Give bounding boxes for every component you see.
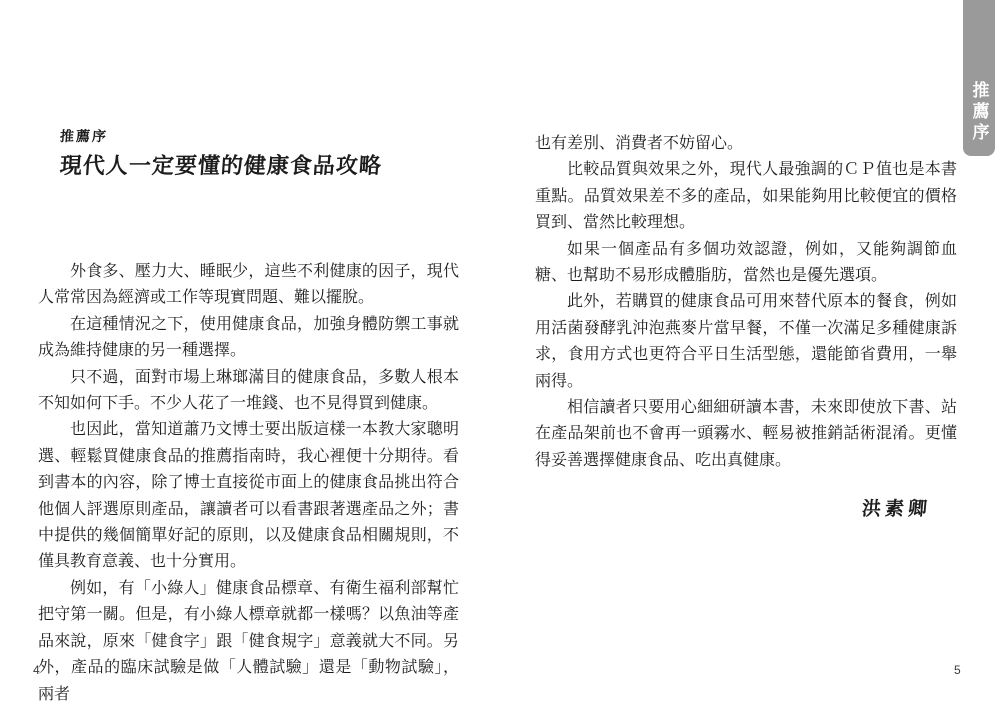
section-label: 推薦序 [59, 126, 460, 146]
body-paragraph: 比較品質與效果之外，現代人最強調的ＣＰ值也是本書重點。品質效果差不多的產品，如果… [535, 157, 957, 236]
body-paragraph: 只不過，面對市場上琳瑯滿目的健康食品，多數人根本不知如何下手。不少人花了一堆錢、… [38, 365, 459, 418]
chapter-tab: 推薦序 [963, 0, 995, 156]
book-spread: 推薦序 現代人一定要懂的健康食品攻略 外食多、壓力大、睡眠少，這些不利健康的因子… [0, 0, 1000, 709]
chapter-tab-label: 推薦序 [967, 81, 992, 144]
left-page-heading: 推薦序 現代人一定要懂的健康食品攻略 [60, 126, 460, 180]
body-paragraph: 例如，有「小綠人」健康食品標章、有衛生福利部幫忙把守第一關。但是，有小綠人標章就… [38, 576, 459, 708]
body-paragraph: 此外，若購買的健康食品可用來替代原本的餐食，例如用活菌發酵乳沖泡燕麥片當早餐，不… [535, 289, 957, 395]
chapter-title: 現代人一定要懂的健康食品攻略 [59, 149, 461, 180]
left-page-body: 外食多、壓力大、睡眠少，這些不利健康的因子，現代人常常因為經濟或工作等現實問題、… [38, 259, 459, 708]
body-paragraph: 相信讀者只要用心細細研讀本書，未來即使放下書、站在產品架前也不會再一頭霧水、輕易… [535, 395, 957, 474]
right-page-body: 也有差別、消費者不妨留心。 比較品質與效果之外，現代人最強調的ＣＰ值也是本書重點… [535, 131, 957, 474]
body-paragraph: 也有差別、消費者不妨留心。 [535, 131, 957, 157]
page-number-right: 5 [954, 663, 961, 677]
body-paragraph: 在這種情況之下，使用健康食品，加強身體防禦工事就成為維持健康的另一種選擇。 [38, 312, 459, 365]
body-paragraph: 如果一個產品有多個功效認證，例如，又能夠調節血糖、也幫助不易形成體脂肪，當然也是… [535, 237, 957, 290]
body-paragraph: 也因此，當知道蕭乃文博士要出版這樣一本教大家聰明選、輕鬆買健康食品的推薦指南時，… [38, 417, 459, 575]
author-signature: 洪素卿 [534, 494, 958, 521]
page-number-left: 4 [33, 663, 40, 677]
body-paragraph: 外食多、壓力大、睡眠少，這些不利健康的因子，現代人常常因為經濟或工作等現實問題、… [38, 259, 459, 312]
